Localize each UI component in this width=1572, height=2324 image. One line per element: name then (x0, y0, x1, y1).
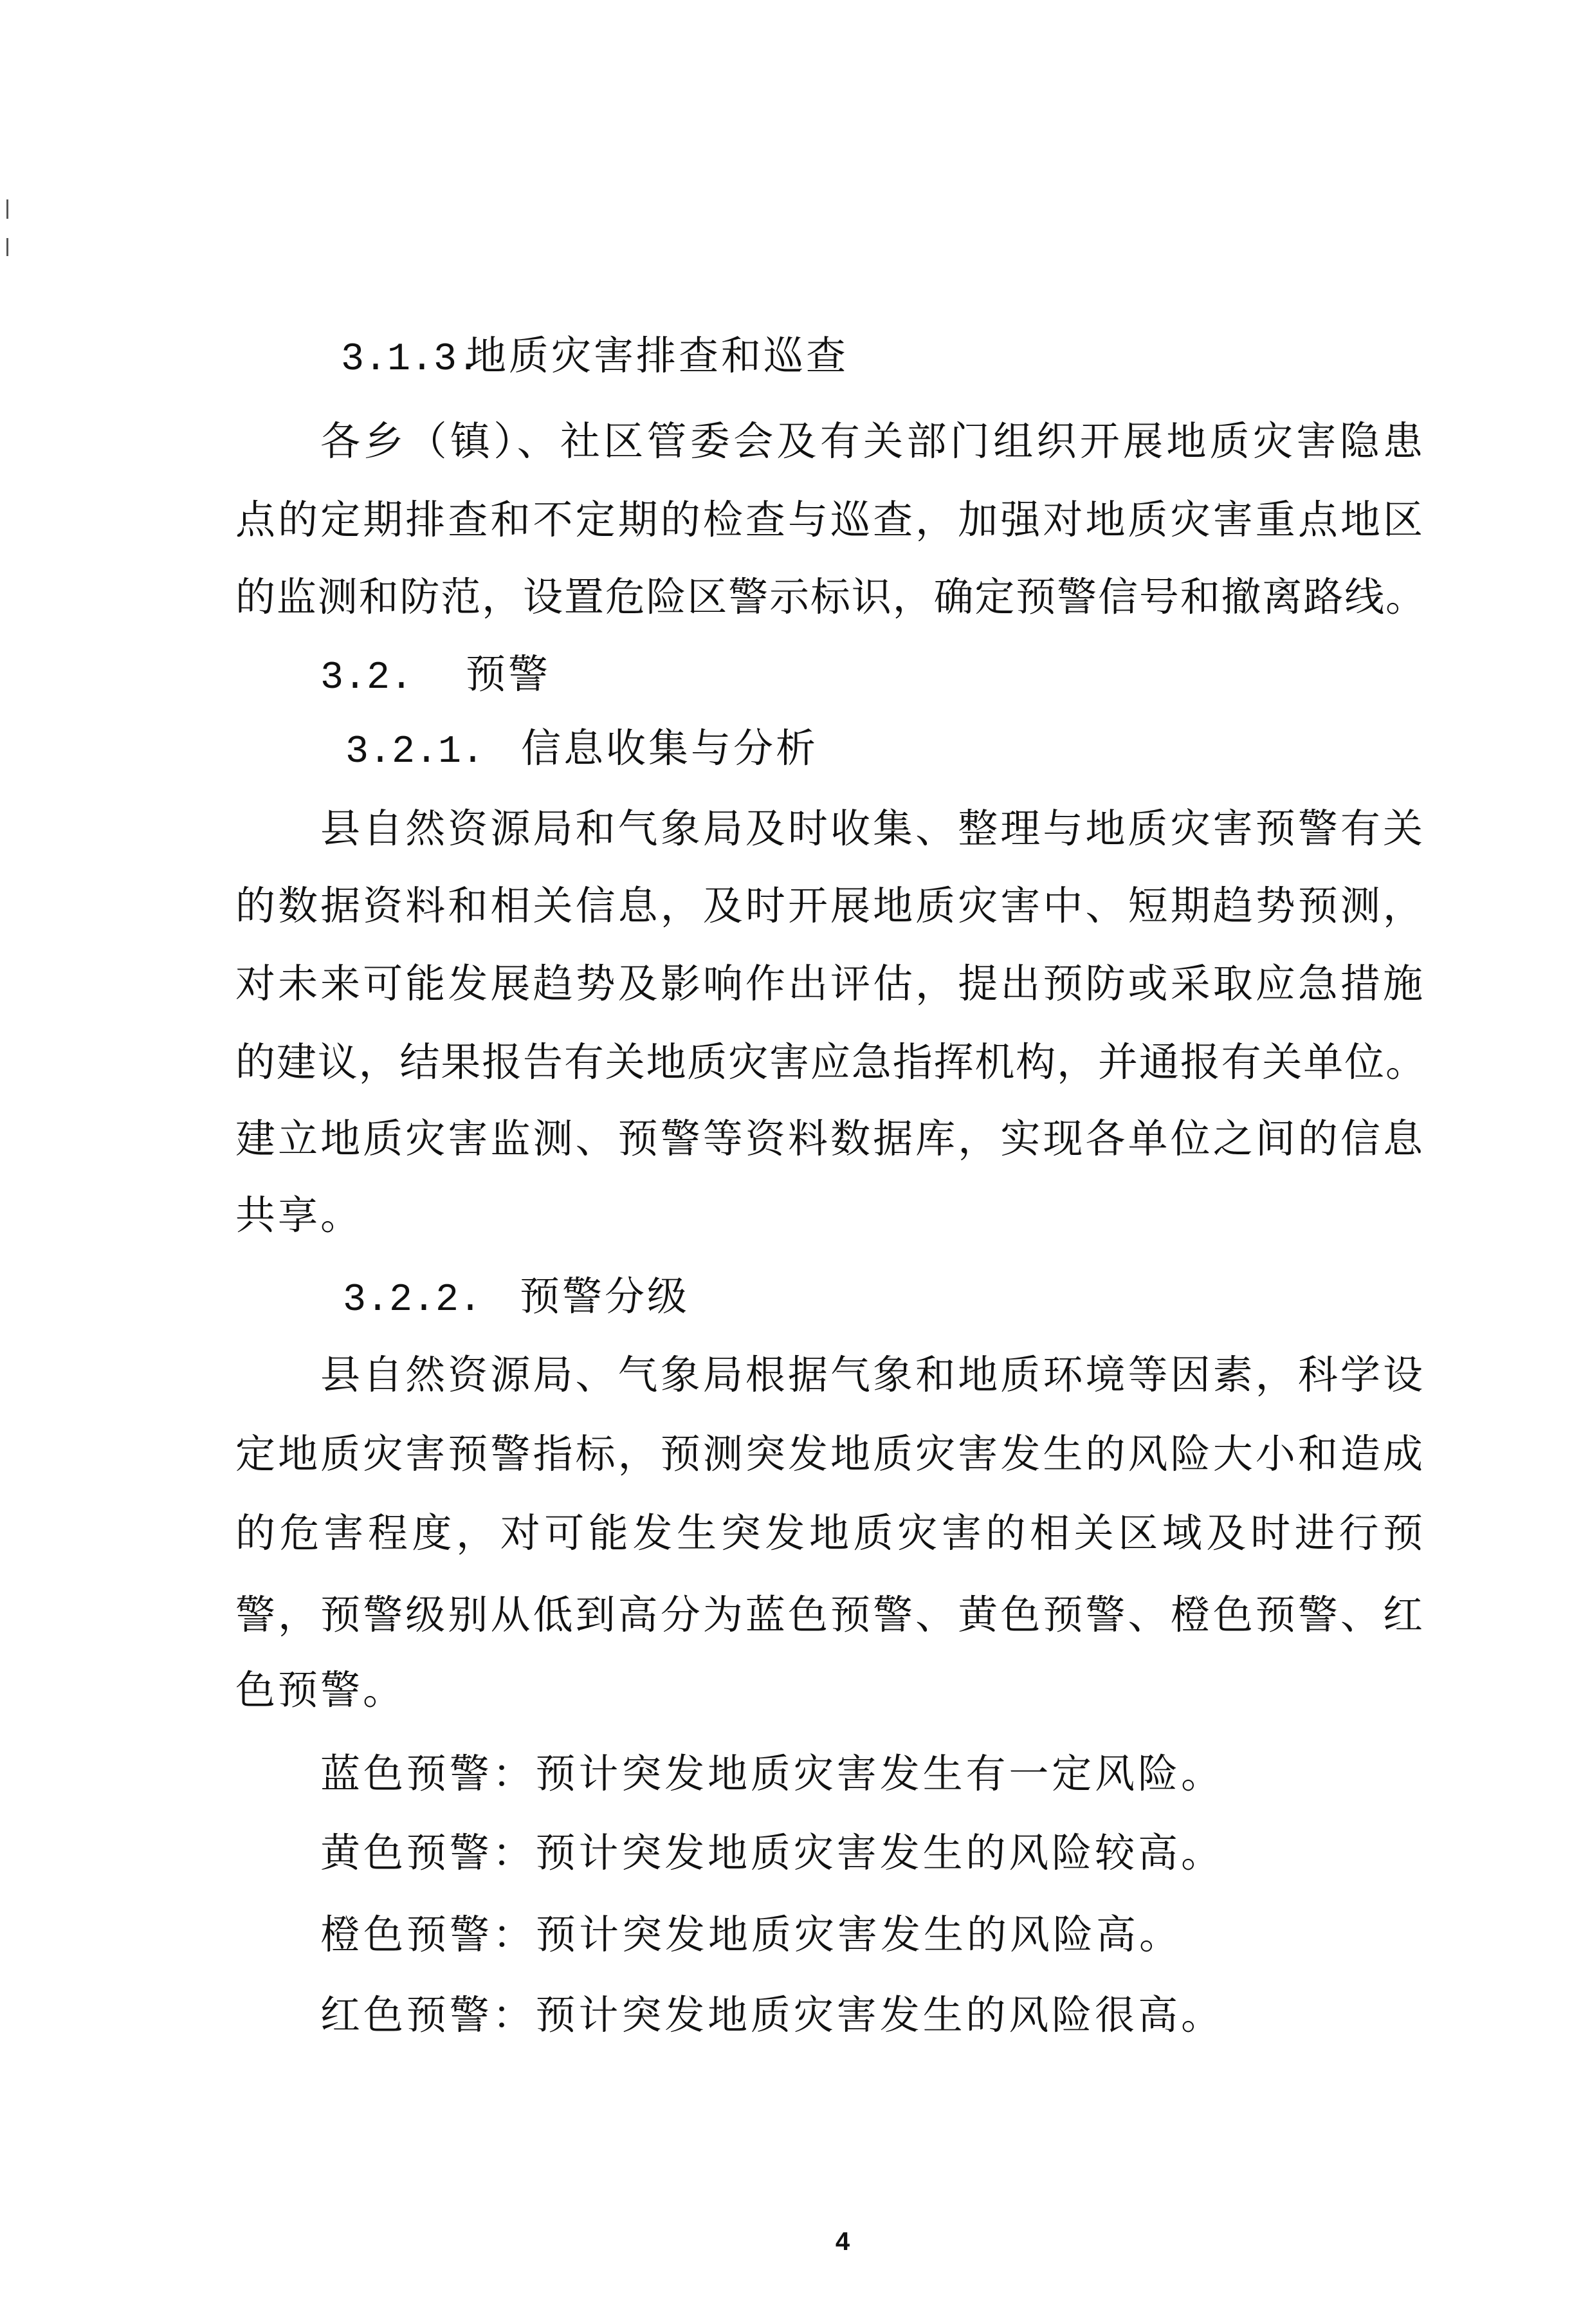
section-title: 预警 (466, 636, 551, 713)
page-number: 4 (823, 2227, 862, 2256)
section-heading-3-2-1: 3.2.1.信息收集与分析 (345, 710, 818, 787)
warning-level-orange: 橙色预警：预计突发地质灾害发生的风险高。 (320, 1896, 1179, 1973)
paragraph-line: 共享。 (235, 1177, 363, 1254)
paragraph-line: 警，预警级别从低到高分为蓝色预警、黄色预警、橙色预警、红 (235, 1576, 1423, 1654)
paragraph-line: 的危害程度，对可能发生突发地质灾害的相关区域及时进行预 (235, 1495, 1423, 1572)
paragraph-line: 的监测和防范，设置危险区警示标识，确定预警信号和撤离路线。 (235, 558, 1425, 636)
section-title: 信息收集与分析 (521, 710, 818, 787)
section-heading-3-2: 3.2.预警 (320, 636, 551, 713)
section-number: 3.2.1. (345, 714, 521, 791)
paragraph-line: 县自然资源局、气象局根据气象和地质环境等因素，科学设 (320, 1336, 1423, 1414)
edge-mark (6, 199, 8, 219)
paragraph-line: 的数据资料和相关信息，及时开展地质灾害中、短期趋势预测， (235, 867, 1423, 945)
paragraph-line: 建立地质灾害监测、预警等资料数据库，实现各单位之间的信息 (235, 1100, 1423, 1177)
section-number: 3.2. (320, 640, 466, 717)
edge-mark (6, 238, 8, 256)
paragraph-line: 定地质灾害预警指标，预测突发地质灾害发生的风险大小和造成 (235, 1416, 1423, 1493)
paragraph-line: 对未来可能发展趋势及影响作出评估，提出预防或采取应急措施 (235, 945, 1423, 1022)
warning-level-yellow: 黄色预警：预计突发地质灾害发生的风险较高。 (320, 1814, 1221, 1892)
section-title: 地质灾害排查和巡查 (466, 317, 848, 394)
section-title: 预警分级 (520, 1258, 690, 1335)
warning-level-blue: 蓝色预警：预计突发地质灾害发生有一定风险。 (320, 1735, 1221, 1812)
section-number: 3.1.3. (341, 321, 466, 398)
paragraph-line: 的建议，结果报告有关地质灾害应急指挥机构，并通报有关单位。 (235, 1024, 1425, 1101)
warning-level-red: 红色预警：预计突发地质灾害发生的风险很高。 (320, 1977, 1221, 2054)
section-number: 3.2.2. (343, 1262, 520, 1339)
section-heading-3-2-2: 3.2.2.预警分级 (343, 1258, 690, 1335)
paragraph-line: 各乡（镇）、社区管委会及有关部门组织开展地质灾害隐患 (320, 403, 1423, 480)
paragraph-line: 色预警。 (235, 1652, 405, 1729)
paragraph-line: 点的定期排查和不定期的检查与巡查，加强对地质灾害重点地区 (235, 481, 1423, 558)
paragraph-line: 县自然资源局和气象局及时收集、整理与地质灾害预警有关 (320, 790, 1423, 867)
section-heading-3-1-3: 3.1.3.地质灾害排查和巡查 (341, 317, 848, 394)
